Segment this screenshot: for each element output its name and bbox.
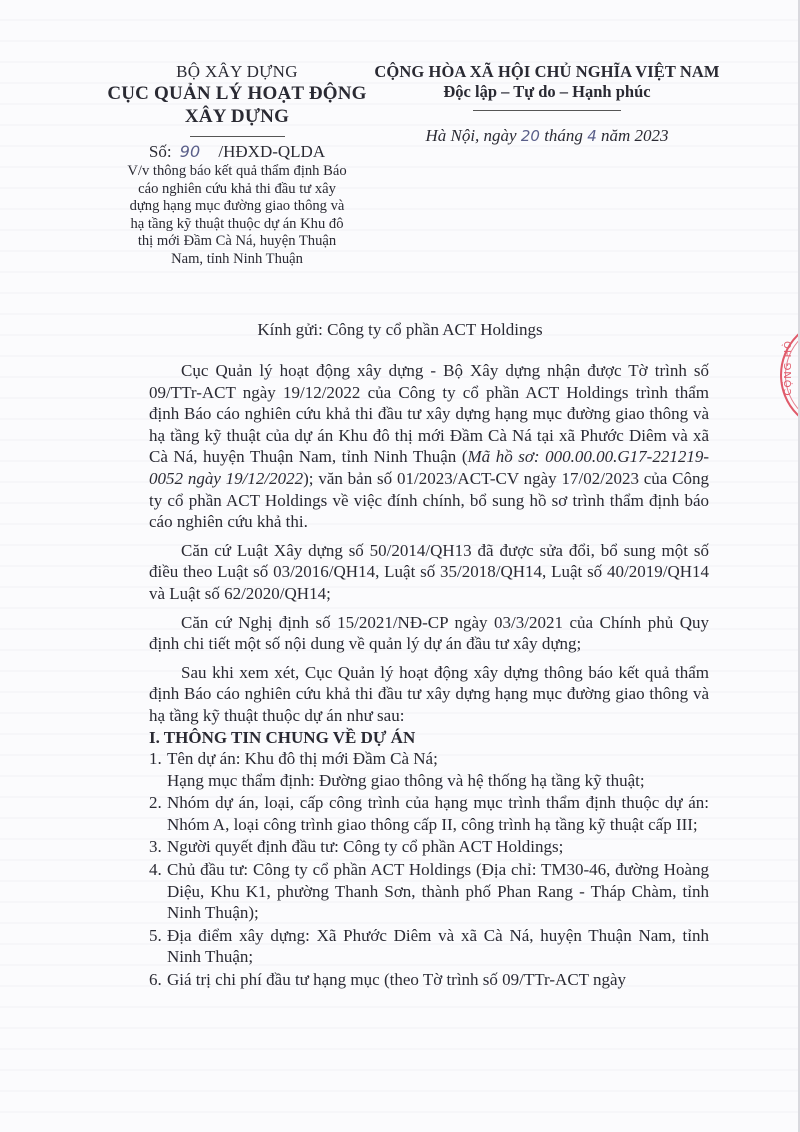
national-motto: Độc lập – Tự do – Hạnh phúc (372, 82, 722, 102)
handwritten-day: 20 (521, 127, 540, 145)
issuing-agency-header: BỘ XÂY DỰNG CỤC QUẢN LÝ HOẠT ĐỘNG XÂY DỰ… (92, 62, 382, 268)
subject-line: Nam, tỉnh Ninh Thuận (92, 251, 382, 269)
subject-line: cáo nghiên cứu khả thi đầu tư xây (92, 181, 382, 199)
item-number: 3. (149, 836, 162, 858)
list-item: 4.Chủ đầu tư: Công ty cổ phần ACT Holdin… (149, 859, 709, 924)
item-text: Chủ đầu tư: Công ty cổ phần ACT Holdings… (167, 860, 709, 922)
item-text: Người quyết định đầu tư: Công ty cổ phần… (167, 837, 563, 856)
item-text: Địa điểm xây dựng: Xã Phước Diêm và xã C… (167, 926, 709, 967)
section-heading: I. THÔNG TIN CHUNG VỀ DỰ ÁN (149, 727, 709, 749)
recipient-line: Kính gửi: Công ty cổ phần ACT Holdings (0, 320, 800, 340)
national-header: CỘNG HÒA XÃ HỘI CHỦ NGHĨA VIỆT NAM Độc l… (372, 62, 722, 146)
document-number: Số: 90 /HĐXD-QLDA (92, 141, 382, 162)
paragraph-conclusion-intro: Sau khi xem xét, Cục Quản lý hoạt động x… (149, 662, 709, 727)
paragraph-legal-basis-law: Căn cứ Luật Xây dựng số 50/2014/QH13 đã … (149, 540, 709, 605)
number-label: Số: (149, 142, 172, 161)
nation-name: CỘNG HÒA XÃ HỘI CHỦ NGHĨA VIỆT NAM (372, 62, 722, 82)
month-label: tháng (544, 126, 583, 145)
item-number: 4. (149, 859, 162, 881)
subject-line: thị mới Đầm Cà Ná, huyện Thuận (92, 233, 382, 251)
year-label: năm 2023 (601, 126, 669, 145)
handwritten-number: 90 (180, 142, 200, 161)
list-item: 6.Giá trị chi phí đầu tư hạng mục (theo … (149, 969, 709, 991)
motto-divider (473, 110, 621, 111)
item-number: 6. (149, 969, 162, 991)
header-divider (190, 136, 285, 137)
stamp-text: CỘNG HÒ (783, 340, 794, 396)
paragraph-legal-basis-decree: Căn cứ Nghị định số 15/2021/NĐ-CP ngày 0… (149, 612, 709, 655)
issue-date: Hà Nội, ngày 20 tháng 4 năm 2023 (372, 126, 722, 146)
list-item: 3.Người quyết định đầu tư: Công ty cổ ph… (149, 836, 709, 858)
number-suffix: /HĐXD-QLDA (218, 142, 325, 161)
item-subtext: Hạng mục thẩm định: Đường giao thông và … (167, 770, 709, 792)
item-text: Tên dự án: Khu đô thị mới Đầm Cà Ná; (167, 749, 438, 768)
item-text: Giá trị chi phí đầu tư hạng mục (theo Tờ… (167, 970, 626, 989)
item-number: 2. (149, 792, 162, 814)
item-text: Nhóm dự án, loại, cấp công trình của hạn… (167, 793, 709, 834)
agency-name-line2: XÂY DỰNG (92, 105, 382, 128)
subject-line: hạ tầng kỹ thuật thuộc dự án Khu đô (92, 216, 382, 234)
item-number: 1. (149, 748, 162, 770)
list-item: 5.Địa điểm xây dựng: Xã Phước Diêm và xã… (149, 925, 709, 968)
ministry-name: BỘ XÂY DỰNG (92, 62, 382, 82)
list-item: 1.Tên dự án: Khu đô thị mới Đầm Cà Ná;Hạ… (149, 748, 709, 791)
subject-line: dựng hạng mục đường giao thông và (92, 198, 382, 216)
project-info-list: 1.Tên dự án: Khu đô thị mới Đầm Cà Ná;Hạ… (149, 748, 709, 991)
paragraph-intro: Cục Quản lý hoạt động xây dựng - Bộ Xây … (149, 360, 709, 533)
list-item: 2.Nhóm dự án, loại, cấp công trình của h… (149, 792, 709, 835)
handwritten-month: 4 (587, 127, 597, 145)
document-body: Cục Quản lý hoạt động xây dựng - Bộ Xây … (149, 360, 709, 992)
subject-summary: V/v thông báo kết quả thẩm định Báo cáo … (92, 163, 382, 268)
subject-line: V/v thông báo kết quả thẩm định Báo (92, 163, 382, 181)
document-page: BỘ XÂY DỰNG CỤC QUẢN LÝ HOẠT ĐỘNG XÂY DỰ… (0, 0, 800, 1132)
item-number: 5. (149, 925, 162, 947)
agency-name-line1: CỤC QUẢN LÝ HOẠT ĐỘNG (92, 82, 382, 105)
date-prefix: Hà Nội, ngày (425, 126, 516, 145)
